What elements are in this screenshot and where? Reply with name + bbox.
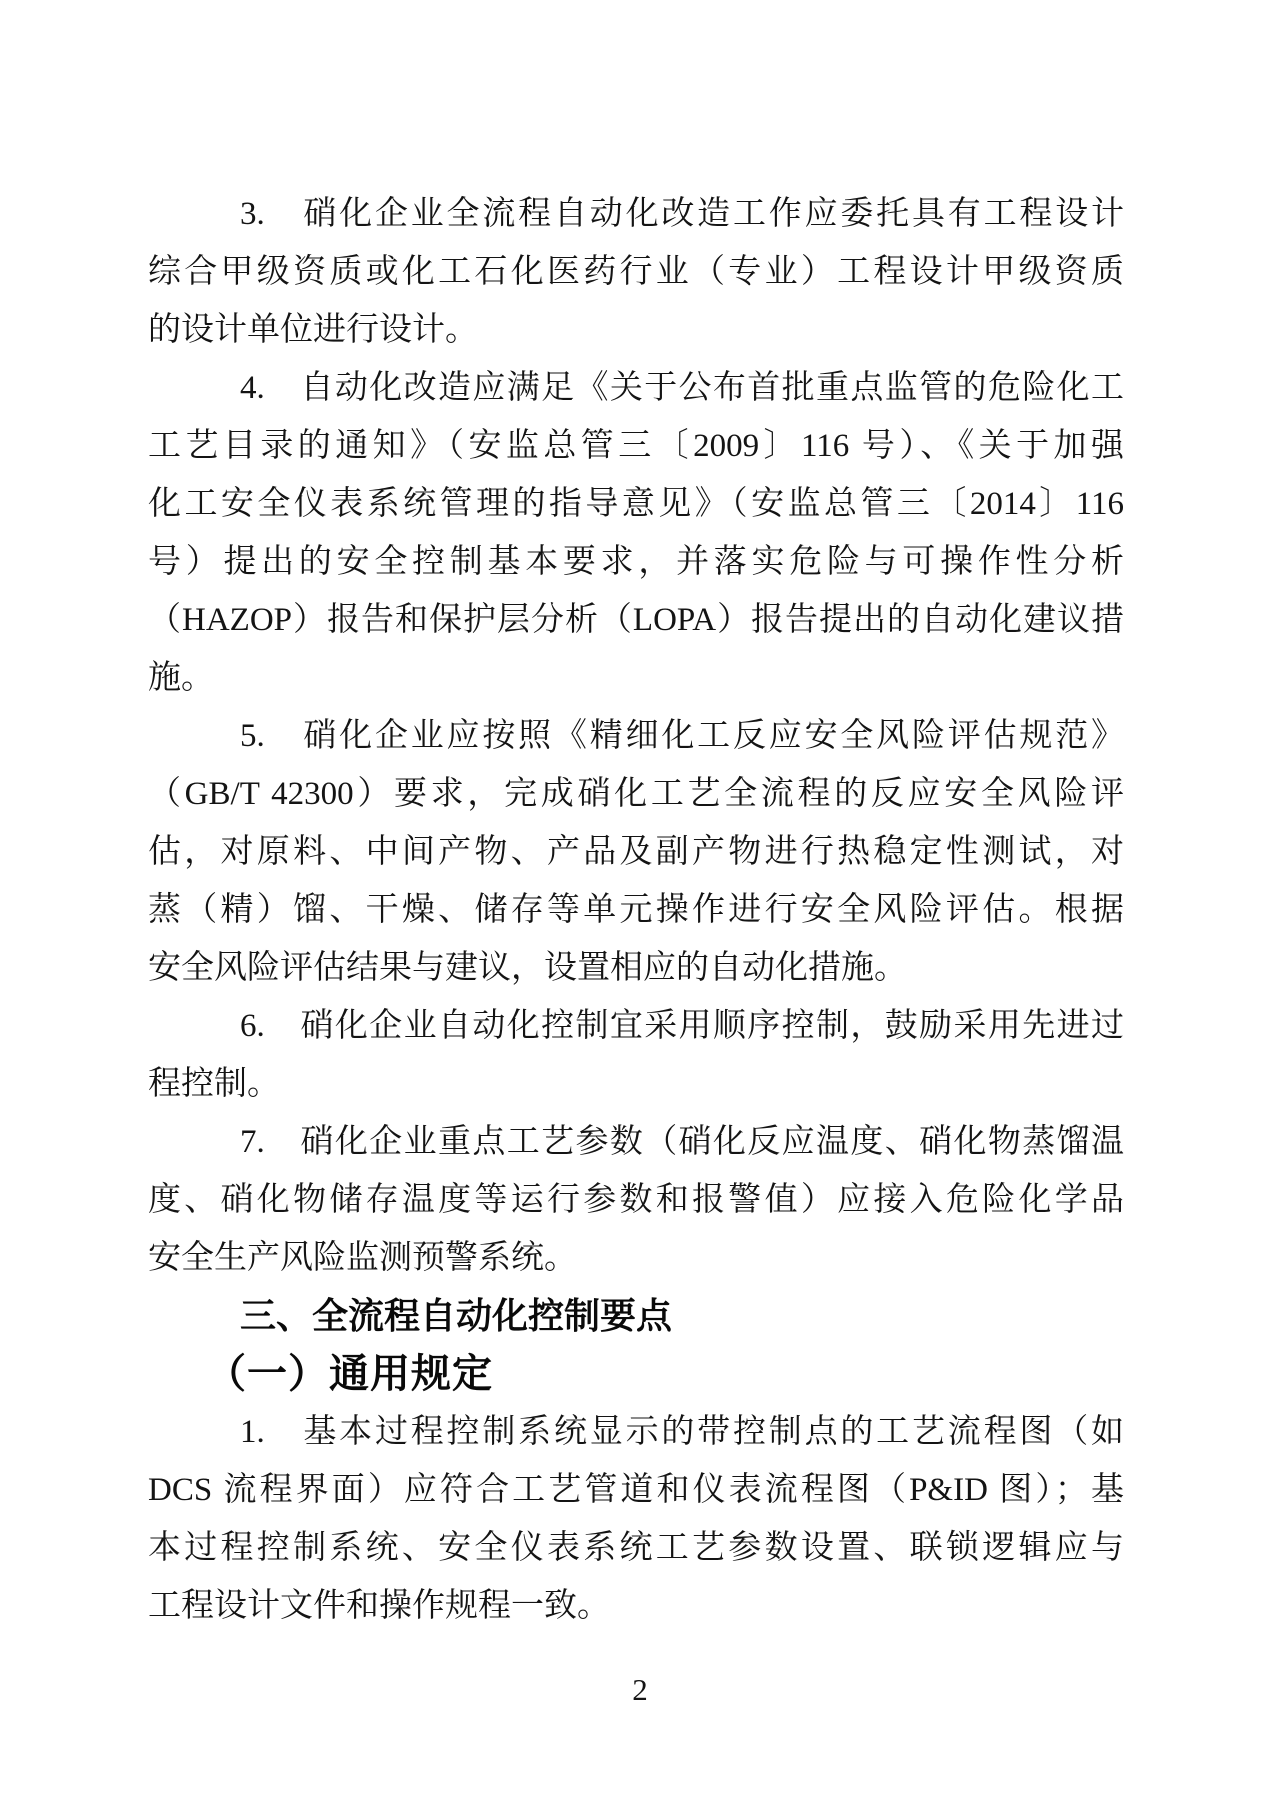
document-page: 3. 硝化企业全流程自动化改造工作应委托具有工程设计综合甲级资质或化工石化医药行… — [0, 0, 1280, 1809]
text-line: 号）提出的安全控制基本要求，并落实危险与可操作性分析 — [148, 533, 1124, 591]
text-line: （HAZOP）报告和保护层分析（LOPA）报告提出的自动化建议措 — [148, 591, 1124, 649]
text-line: 本过程控制系统、安全仪表系统工艺参数设置、联锁逻辑应与 — [148, 1519, 1124, 1577]
text-line: 7. 硝化企业重点工艺参数（硝化反应温度、硝化物蒸馏温 — [148, 1113, 1124, 1171]
text-line: 1. 基本过程控制系统显示的带控制点的工艺流程图（如 — [148, 1403, 1124, 1461]
text-line: 4. 自动化改造应满足《关于公布首批重点监管的危险化工 — [148, 359, 1124, 417]
text-line: 综合甲级资质或化工石化医药行业（专业）工程设计甲级资质 — [148, 243, 1124, 301]
subsection-heading: （一）通用规定 — [148, 1345, 1124, 1403]
text-line: 化工安全仪表系统管理的指导意见》（安监总管三〔2014〕116 — [148, 475, 1124, 533]
text-line: DCS 流程界面）应符合工艺管道和仪表流程图（P&ID 图）；基 — [148, 1461, 1124, 1519]
text-line: 工程设计文件和操作规程一致。 — [148, 1577, 1124, 1635]
text-line: 5. 硝化企业应按照《精细化工反应安全风险评估规范》 — [148, 707, 1124, 765]
text-line: （GB/T 42300）要求，完成硝化工艺全流程的反应安全风险评 — [148, 765, 1124, 823]
page-number: 2 — [0, 1668, 1280, 1712]
text-line: 施。 — [148, 649, 1124, 707]
text-line: 蒸（精）馏、干燥、储存等单元操作进行安全风险评估。根据 — [148, 881, 1124, 939]
text-line: 度、硝化物储存温度等运行参数和报警值）应接入危险化学品 — [148, 1171, 1124, 1229]
text-line: 程控制。 — [148, 1055, 1124, 1113]
text-line: 估，对原料、中间产物、产品及副产物进行热稳定性测试，对 — [148, 823, 1124, 881]
text-line: 安全生产风险监测预警系统。 — [148, 1229, 1124, 1287]
text-line: 6. 硝化企业自动化控制宜采用顺序控制，鼓励采用先进过 — [148, 997, 1124, 1055]
text-line: 安全风险评估结果与建议，设置相应的自动化措施。 — [148, 939, 1124, 997]
text-line: 3. 硝化企业全流程自动化改造工作应委托具有工程设计 — [148, 185, 1124, 243]
text-line: 的设计单位进行设计。 — [148, 301, 1124, 359]
text-line: 工艺目录的通知》（安监总管三〔2009〕116 号）、《关于加强 — [148, 417, 1124, 475]
document-body: 3. 硝化企业全流程自动化改造工作应委托具有工程设计综合甲级资质或化工石化医药行… — [148, 185, 1124, 1635]
section-heading: 三、全流程自动化控制要点 — [148, 1287, 1124, 1345]
